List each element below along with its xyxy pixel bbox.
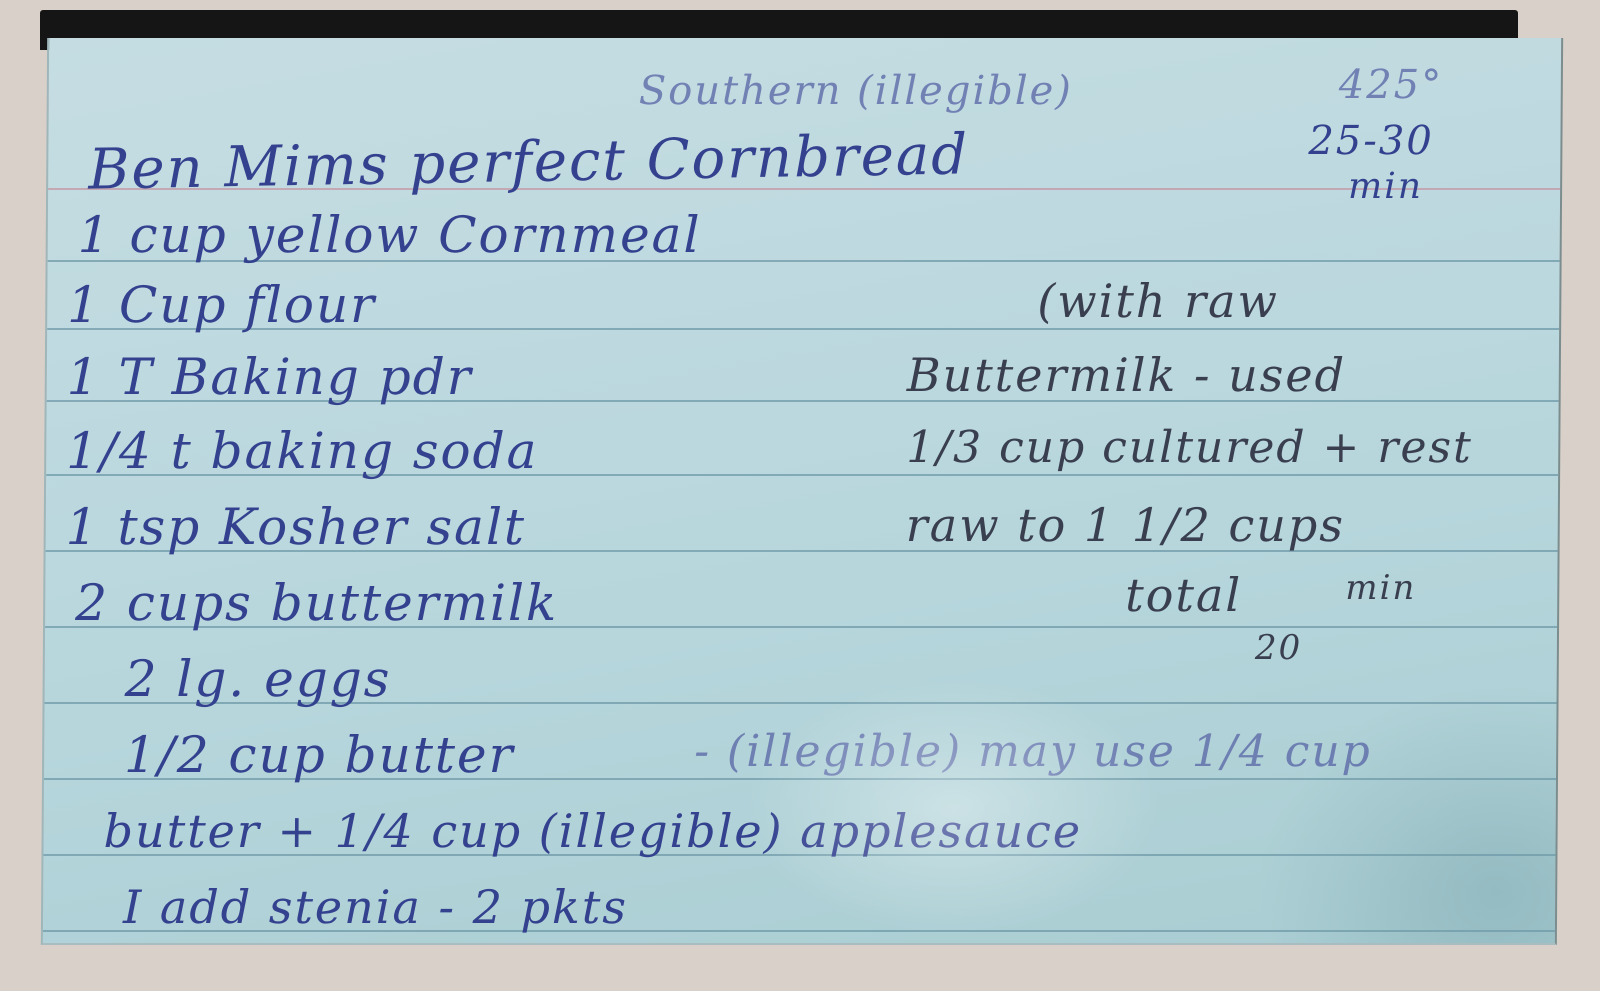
top-note: Southern (illegible) bbox=[639, 68, 1073, 114]
ingredient-item: 1/4 t baking soda bbox=[66, 422, 539, 480]
side-note-line: Buttermilk - used bbox=[907, 348, 1347, 402]
ingredient-item: 1 tsp Kosher salt bbox=[66, 498, 527, 556]
sweetener-note: I add stenia - 2 pkts bbox=[123, 880, 628, 934]
side-note-line: 1/3 cup cultured + rest bbox=[906, 422, 1473, 473]
bake-time-unit: min bbox=[1348, 166, 1423, 207]
side-note-line: min bbox=[1345, 568, 1416, 608]
bake-time-range: 25-30 bbox=[1308, 118, 1434, 164]
side-note-line: (with raw bbox=[1037, 274, 1279, 328]
side-note-line: raw to 1 1/2 cups bbox=[906, 498, 1346, 552]
ingredient-item: 2 cups buttermilk bbox=[75, 574, 558, 632]
ingredient-item: 1/2 cup butter bbox=[124, 726, 515, 784]
recipe-card: Southern (illegible) 425° 25-30 min Ben … bbox=[41, 38, 1563, 945]
ingredient-item: 1 T Baking pdr bbox=[67, 348, 473, 406]
side-note-line: total bbox=[1125, 568, 1242, 622]
ingredient-item: 1 cup yellow Cornmeal bbox=[78, 206, 702, 264]
ingredient-item: 1 Cup flour bbox=[67, 276, 376, 334]
oven-temperature: 425° bbox=[1339, 62, 1444, 108]
butter-substitute-note-cont: butter + 1/4 cup (illegible) applesauce bbox=[103, 804, 1082, 858]
side-note-line: 20 bbox=[1255, 628, 1303, 668]
butter-substitute-note: - (illegible) may use 1/4 cup bbox=[694, 726, 1372, 777]
ingredient-item: 2 lg. eggs bbox=[124, 650, 391, 708]
recipe-title: Ben Mims perfect Cornbread bbox=[88, 122, 969, 202]
